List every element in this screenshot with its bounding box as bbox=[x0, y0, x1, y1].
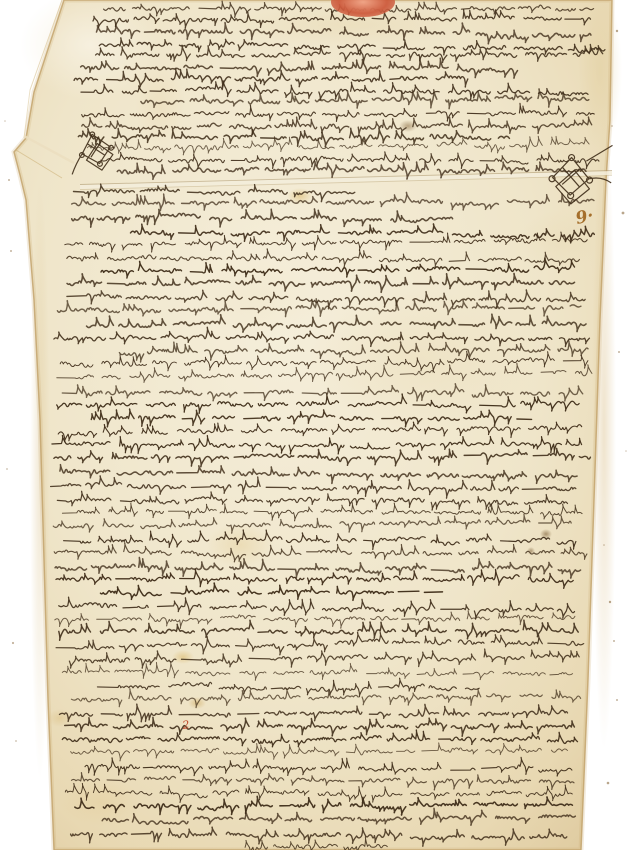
dust-speck bbox=[618, 351, 620, 353]
dust-speck bbox=[607, 782, 610, 785]
dust-speck bbox=[613, 640, 615, 642]
paper-stain bbox=[540, 529, 552, 539]
paper-stain bbox=[287, 188, 313, 204]
paper-stain bbox=[58, 778, 142, 826]
dust-speck bbox=[616, 699, 618, 701]
dust-speck bbox=[611, 125, 613, 127]
dust-speck bbox=[8, 179, 10, 181]
dust-speck bbox=[603, 544, 605, 546]
dust-speck bbox=[616, 30, 618, 32]
dust-speck bbox=[4, 120, 6, 122]
dust-speck bbox=[12, 642, 14, 644]
dust-speck bbox=[609, 601, 611, 603]
dust-speck bbox=[625, 450, 627, 452]
paper-stain bbox=[172, 650, 194, 664]
dust-speck bbox=[622, 212, 625, 215]
dust-speck bbox=[6, 468, 8, 470]
manuscript-scan: 9· 2 bbox=[0, 0, 631, 850]
manuscript-page-svg: 9· 2 bbox=[0, 0, 631, 850]
dust-speck bbox=[15, 740, 17, 742]
dust-speck bbox=[10, 250, 12, 252]
paper-stain bbox=[206, 523, 274, 567]
